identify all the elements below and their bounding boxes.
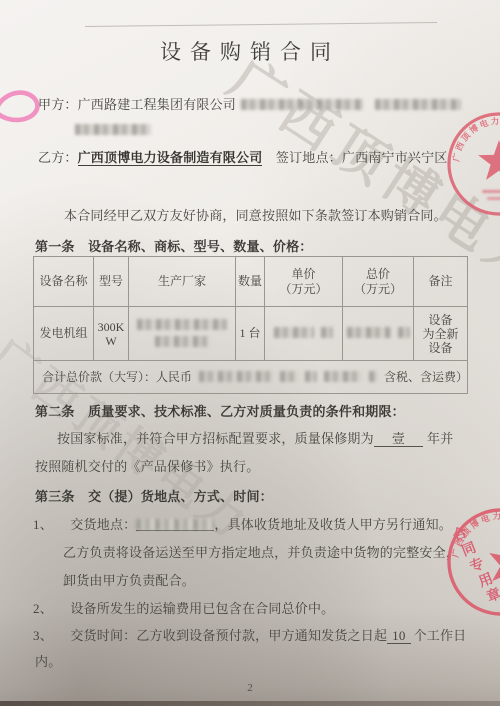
col-header-maker: 生产厂家	[129, 257, 236, 307]
table-data-row: 发电机组 300KW 1 台 设备 为全新 设备	[34, 307, 468, 361]
item3-line2: 内。	[35, 651, 61, 670]
intro-paragraph: 本合同经甲乙双方友好协商，同意按照如下条款签订本购销合同。	[64, 205, 447, 224]
contract-title: 设备购销合同	[0, 36, 500, 66]
redacted-text	[75, 124, 151, 135]
party-b-label: 乙方：	[38, 150, 78, 165]
warranty-pre: 按国家标准，并符合甲方招标配置要求，质量保修期为	[57, 431, 374, 446]
star-icon	[478, 140, 500, 180]
contract-seal-bottom: 广西顶博电力设备制造有限公司 合 同 专 用 章	[441, 503, 500, 628]
redacted-text	[305, 371, 317, 382]
note-line3: 设备	[414, 341, 467, 355]
unit-price-line1: 单价	[265, 267, 342, 282]
item1-line2: 乙方负责将设备运送至甲方指定地点，并负责途中货物的完整安全，	[63, 542, 459, 561]
total-price-line1: 总价	[343, 267, 413, 282]
delivery-time-pre: 交货时间：乙方收到设备预付款，甲方通知发货之日起	[70, 628, 387, 643]
sign-place-value: 广西南宁市兴宁区	[342, 150, 448, 165]
col-header-total-price: 总价 （万元）	[343, 257, 414, 307]
party-b-line: 乙方：广西顶博电力设备制造有限公司 签订地点：广西南宁市兴宁区	[38, 147, 448, 166]
cell-model: 300KW	[94, 307, 129, 361]
cell-qty: 1 台	[236, 307, 265, 361]
table-total-row: 合计总价款（大写）：人民币 含税、含运费）	[34, 361, 468, 394]
redacted-text	[398, 327, 410, 338]
table-header-row: 设备名称 型号 生产厂家 数量 单价 （万元） 总价 （万元） 备注	[34, 257, 468, 307]
party-a-name: 广西路建工程集团有限公司	[78, 97, 236, 112]
col-header-qty: 数量	[236, 257, 265, 307]
item3-line1: 3、 交货时间：乙方收到设备预付款，甲方通知发货之日起10个工作日	[33, 625, 466, 644]
col-header-note: 备注	[414, 257, 468, 307]
seal-ring-text: 广西顶博电力设备制造有限公司	[451, 116, 500, 190]
cell-note: 设备 为全新 设备	[414, 307, 468, 361]
redacted-text	[280, 371, 298, 382]
total-amount-cell: 合计总价款（大写）：人民币 含税、含运费）	[34, 361, 468, 394]
delivery-time-post: 个工作日	[414, 628, 467, 643]
article1-title: 设备名称、商标、型号、数量、价格：	[88, 239, 312, 254]
warranty-years: 壹	[374, 431, 423, 447]
seal-subtext-blur	[482, 190, 500, 193]
item1-line1: 1、 交货地点：，具体收货地址及收货人甲方另行通知。	[33, 514, 452, 533]
redacted-text	[136, 519, 214, 530]
page-number: 2	[0, 682, 500, 694]
cell-total-price-redacted	[343, 307, 414, 361]
article2-heading: 第二条 质量要求、技术标准、乙方对质量负责的条件和期限：	[35, 401, 405, 420]
equipment-table: 设备名称 型号 生产厂家 数量 单价 （万元） 总价 （万元） 备注 发电机组 …	[33, 256, 468, 394]
item1-number: 1、	[33, 517, 53, 532]
party-a-line: 甲方：广西路建工程集团有限公司	[38, 94, 461, 113]
party-a-label: 甲方：	[38, 97, 78, 112]
item1-line3: 卸货由甲方负责配合。	[63, 570, 195, 589]
article2-line1: 按国家标准，并符合甲方招标配置要求，质量保修期为壹年并	[57, 428, 453, 447]
article3-title: 交（提）货地点、方式、时间：	[88, 489, 273, 504]
delivery-place-label: 交货地点：	[70, 517, 136, 532]
article2-line2: 按照随机交付的《产品保修书》执行。	[35, 456, 259, 475]
total-prefix: 合计总价款（大写）：人民币	[42, 370, 192, 384]
redacted-text	[321, 327, 333, 338]
unit-price-line2: （万元）	[265, 282, 342, 297]
article3-number: 第三条	[35, 489, 75, 504]
item3-number: 3、	[33, 628, 53, 643]
article2-number: 第二条	[35, 404, 75, 419]
redacted-text	[347, 327, 391, 338]
note-line2: 为全新	[414, 327, 467, 341]
seal-subtext-blur	[487, 197, 500, 200]
warranty-post: 年并	[427, 431, 453, 446]
party-b-name: 广西顶博电力设备制造有限公司	[78, 150, 263, 166]
redacted-text	[155, 336, 209, 347]
scanned-contract-page: 广西顶博电力 广西顶博电力 设备购销合同 甲方：广西路建工程集团有限公司 乙方：…	[0, 0, 500, 706]
svg-text:广西顶博电力设备制造有限公司: 广西顶博电力设备制造有限公司	[451, 116, 500, 190]
cell-unit-price-redacted	[265, 307, 343, 361]
cell-maker-redacted	[129, 307, 236, 361]
redacted-text	[137, 319, 227, 330]
delivery-place-redacted	[136, 519, 214, 531]
item2-text: 设备所发生的运输费用已包含在合同总价中。	[70, 601, 334, 616]
item2-number: 2、	[33, 601, 53, 616]
photo-bottom-edge	[0, 701, 500, 706]
top-rule-line	[85, 22, 437, 27]
col-header-unit-price: 单价 （万元）	[265, 257, 343, 307]
delivery-days: 10	[387, 628, 410, 644]
note-line1: 设备	[414, 313, 467, 327]
col-header-device: 设备名称	[34, 257, 94, 307]
article3-heading: 第三条 交（提）货地点、方式、时间：	[35, 486, 273, 505]
article2-title: 质量要求、技术标准、乙方对质量负责的条件和期限：	[88, 404, 405, 419]
total-price-line2: （万元）	[343, 282, 413, 297]
redacted-text	[324, 371, 362, 382]
cell-device: 发电机组	[34, 307, 94, 361]
total-suffix: 含税、含运费）	[384, 370, 468, 384]
article1-heading: 第一条 设备名称、商标、型号、数量、价格：	[35, 236, 312, 255]
party-a-line2	[75, 122, 151, 138]
sign-place-label: 签订地点：	[276, 150, 342, 165]
item2-line: 2、 设备所发生的运输费用已包含在合同总价中。	[33, 598, 334, 617]
redacted-text	[241, 99, 363, 110]
delivery-place-post: ，具体收货地址及收货人甲方另行通知。	[214, 517, 452, 532]
redacted-text	[369, 371, 377, 382]
redacted-text	[274, 327, 314, 338]
article1-number: 第一条	[35, 239, 75, 254]
redacted-text	[199, 371, 273, 382]
col-header-model: 型号	[94, 257, 129, 307]
company-seal-top: 广西顶博电力设备制造有限公司	[440, 106, 500, 226]
